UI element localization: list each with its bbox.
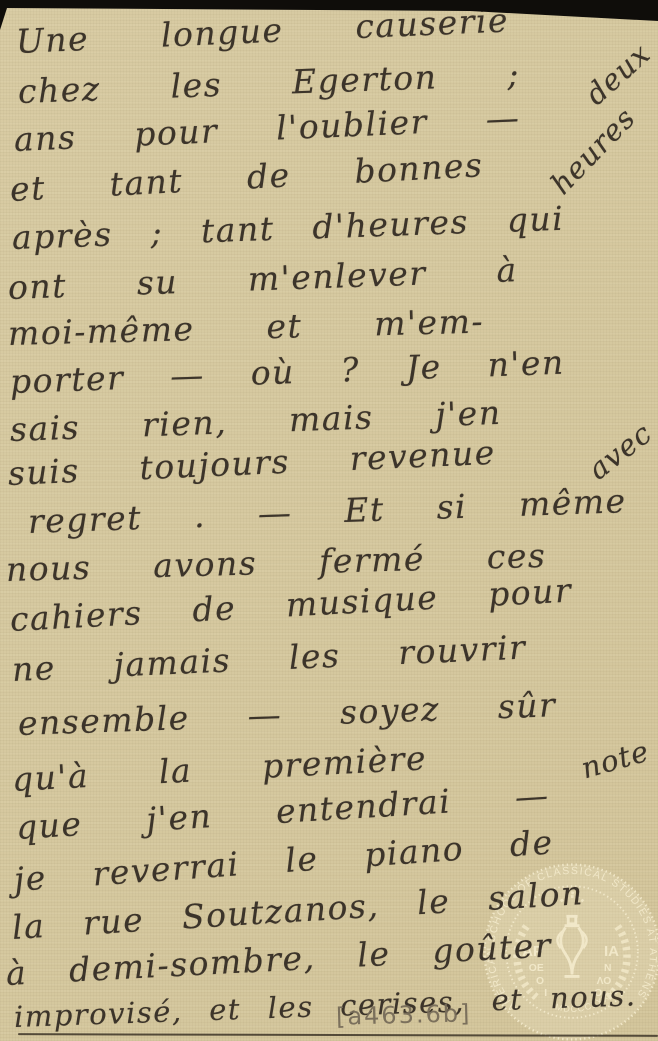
handwriting-line: moi-même et m'em- — [7, 302, 484, 353]
handwriting-line: ont su m'enlever à — [7, 250, 518, 307]
handwriting-edge-word: note — [577, 734, 653, 786]
handwriting-edge-word: avec — [582, 416, 658, 487]
scanned-letter-page: AMERICAN SCHOOL OF CLASSICAL STUDIES AT … — [0, 0, 658, 1041]
handwriting-line: Une longue causerie — [15, 0, 510, 60]
seal-glyph: Ν — [604, 963, 611, 974]
handwriting-line: ne jamais les rouvrir — [11, 628, 527, 689]
archival-label: [a463.6b] — [336, 999, 472, 1031]
handwriting-line: regret . — Et si même — [27, 481, 627, 541]
handwriting-edge-word: heures — [544, 101, 642, 201]
handwriting-line: porter — où ? Je n'en — [9, 343, 565, 401]
paper-edge-crease — [18, 1033, 658, 1037]
handwriting-line: après ; tant d'heures qui — [11, 199, 565, 257]
letter-paper: AMERICAN SCHOOL OF CLASSICAL STUDIES AT … — [0, 0, 658, 1041]
handwriting-line: ensemble — soyez sûr — [17, 685, 557, 743]
seal-glyph: ΙΑ — [604, 943, 619, 960]
